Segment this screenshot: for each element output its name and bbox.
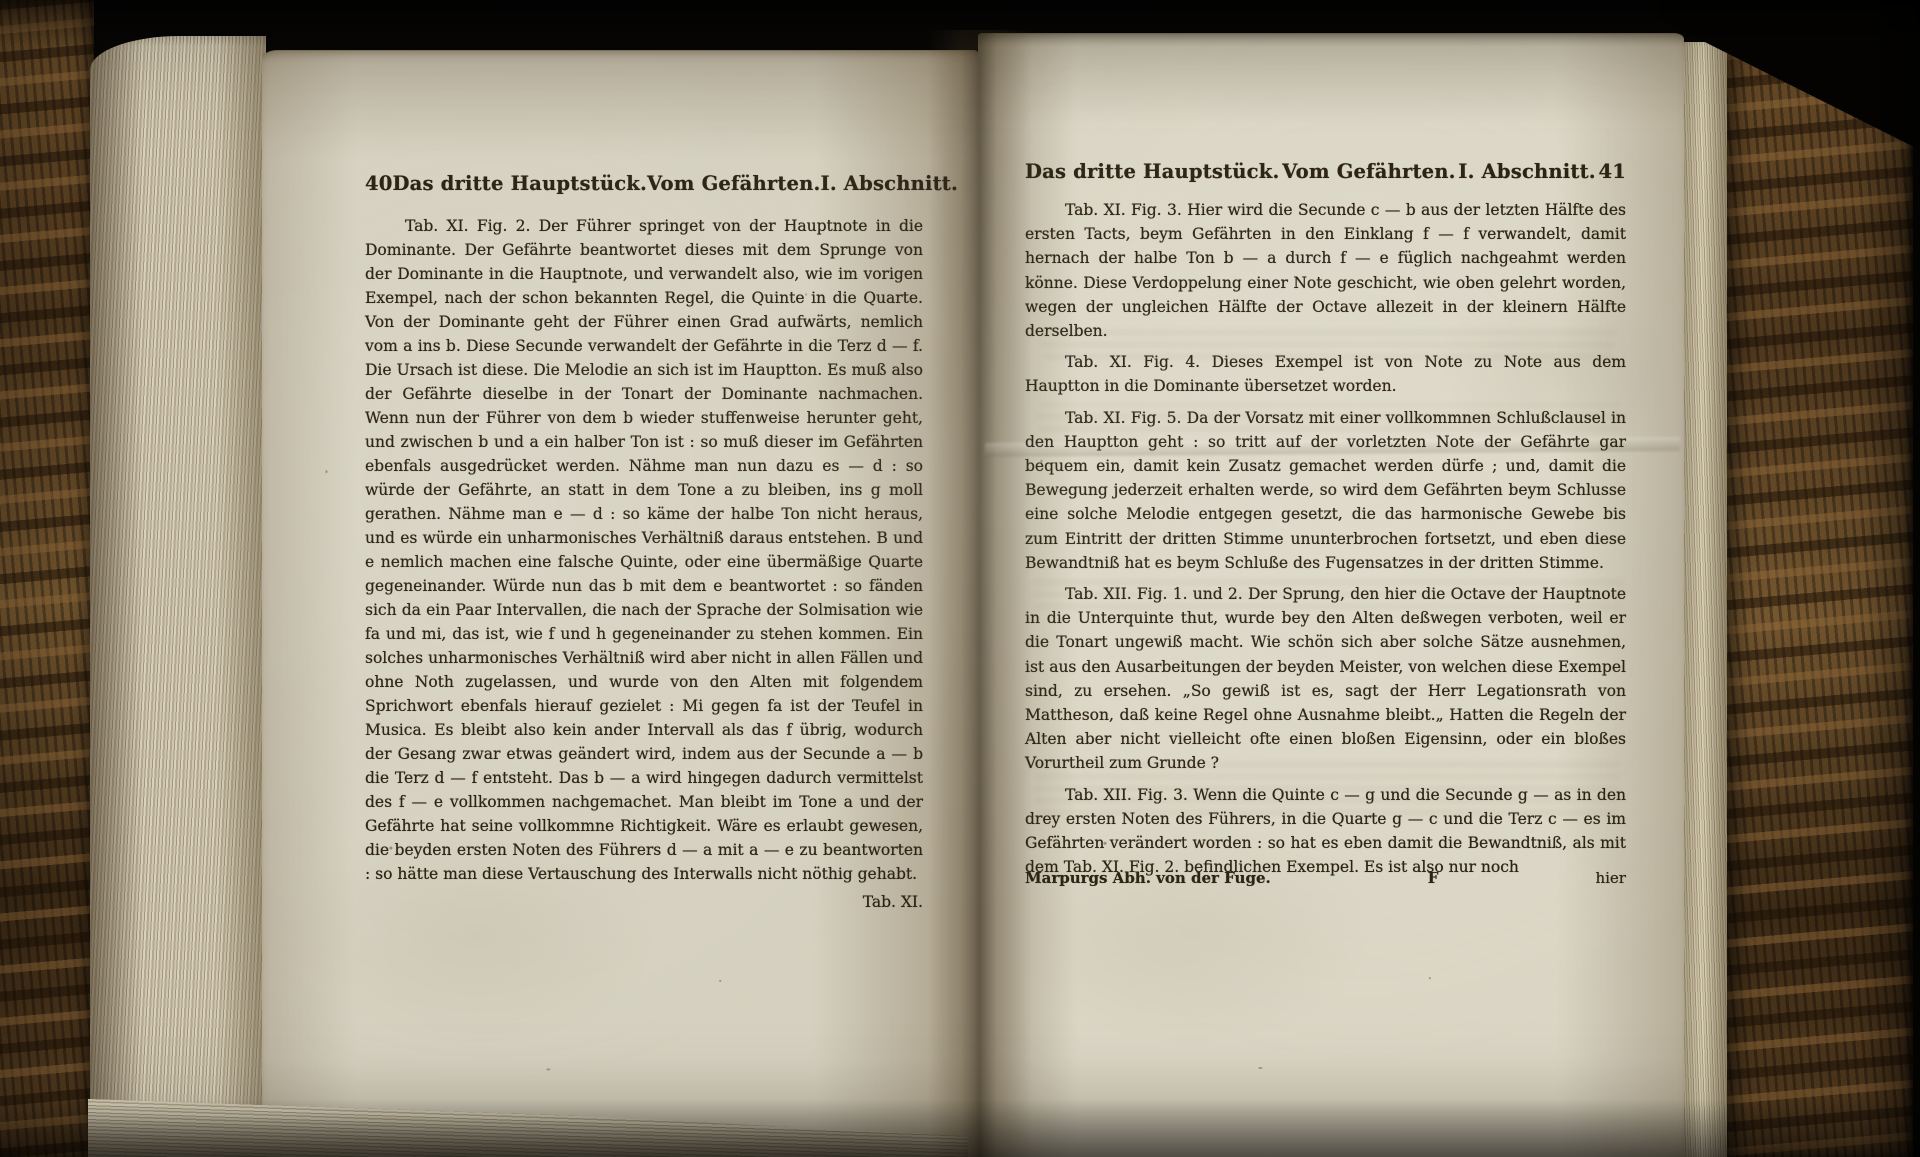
right-book-cover (1727, 26, 1913, 1157)
right-page-footer: Marpurgs Abh. von der Fuge. F hier (1025, 869, 1626, 887)
footer-book-title: Marpurgs Abh. von der Fuge. (1025, 869, 1271, 887)
right-header-section: I. Abschnitt. (1458, 160, 1595, 183)
right-header-topic: Vom Gefährten. (1282, 160, 1455, 183)
open-book-photo: 40 Das dritte Hauptstück. Vom Gefährten.… (0, 0, 1920, 1157)
paragraph-tab11-fig2: Tab. XI. Fig. 2. Der Führer springet von… (365, 214, 923, 886)
left-page-number: 40 (365, 172, 393, 195)
paragraph-tab11-fig3: Tab. XI. Fig. 3. Hier wird die Secunde c… (1025, 198, 1626, 343)
paragraph-tab11-fig4: Tab. XI. Fig. 4. Dieses Exempel ist von … (1025, 350, 1626, 398)
left-header-chapter: Das dritte Hauptstück. (393, 172, 647, 195)
right-page-header: Das dritte Hauptstück. Vom Gefährten. I.… (1025, 160, 1626, 183)
left-header-topic: Vom Gefährten. (647, 172, 820, 195)
left-header-section: I. Abschnitt. (821, 172, 958, 195)
right-page-number: 41 (1598, 160, 1626, 183)
left-book-cover (0, 0, 94, 1157)
paragraph-tab12-fig1-2: Tab. XII. Fig. 1. und 2. Der Sprung, den… (1025, 582, 1626, 776)
footer-signature-mark: F (1428, 869, 1439, 887)
left-page-edge-stack (90, 36, 266, 1157)
right-header-chapter: Das dritte Hauptstück. (1025, 160, 1279, 183)
footer-catchword: hier (1595, 869, 1626, 887)
right-page-text: Tab. XI. Fig. 3. Hier wird die Secunde c… (1025, 198, 1626, 886)
left-page-header: 40 Das dritte Hauptstück. Vom Gefährten.… (365, 172, 923, 195)
paragraph-tab12-fig3: Tab. XII. Fig. 3. Wenn die Quinte c — g … (1025, 783, 1626, 880)
left-page-catchword: Tab. XI. (365, 893, 923, 911)
paragraph-tab11-fig5: Tab. XI. Fig. 5. Da der Vorsatz mit eine… (1025, 406, 1626, 575)
left-page-text: Tab. XI. Fig. 2. Der Führer springet von… (365, 214, 923, 893)
right-page-edge-stack (1684, 42, 1730, 1157)
